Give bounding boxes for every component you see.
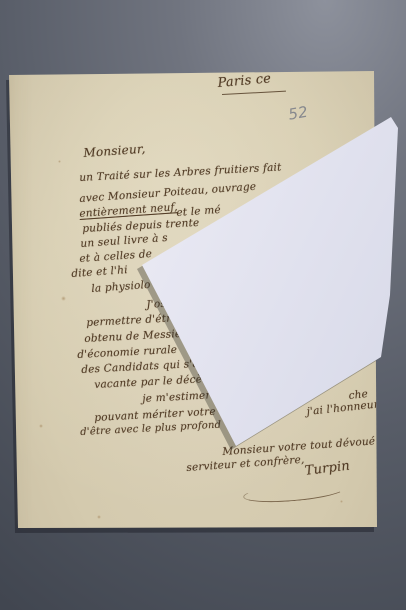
body-line-8: la physiolo xyxy=(91,279,151,295)
inventory-number: 52 xyxy=(287,103,309,124)
foxing-spot xyxy=(39,424,43,428)
dateline-underline xyxy=(222,91,286,95)
body-line-4: publiés depuis trente xyxy=(82,217,200,235)
salutation: Monsieur, xyxy=(83,142,146,160)
signature: Turpin xyxy=(304,458,351,478)
body-line-12: d'économie rurale xyxy=(77,344,178,361)
body-line-6: et à celles de xyxy=(79,248,153,265)
foxing-spot xyxy=(97,515,101,519)
signature-flourish xyxy=(242,480,345,506)
foxing-spot xyxy=(61,296,66,301)
body-fragment-2: j'ai l'honneur xyxy=(306,398,380,418)
photo-scene: Paris ce52Monsieur,un Traité sur les Arb… xyxy=(0,0,406,610)
closing-line-2: serviteur et confrère, xyxy=(186,454,305,474)
body-line-13: des Candidats qui s'é xyxy=(81,358,199,376)
body-line-5: un seul livre à s xyxy=(80,232,168,250)
dateline: Paris ce xyxy=(217,71,272,91)
foxing-spot xyxy=(340,500,343,503)
body-line-7: dite et l'hi xyxy=(71,264,128,280)
foxing-spot xyxy=(58,160,61,163)
body-line-14: vacante par le décè xyxy=(94,373,202,391)
